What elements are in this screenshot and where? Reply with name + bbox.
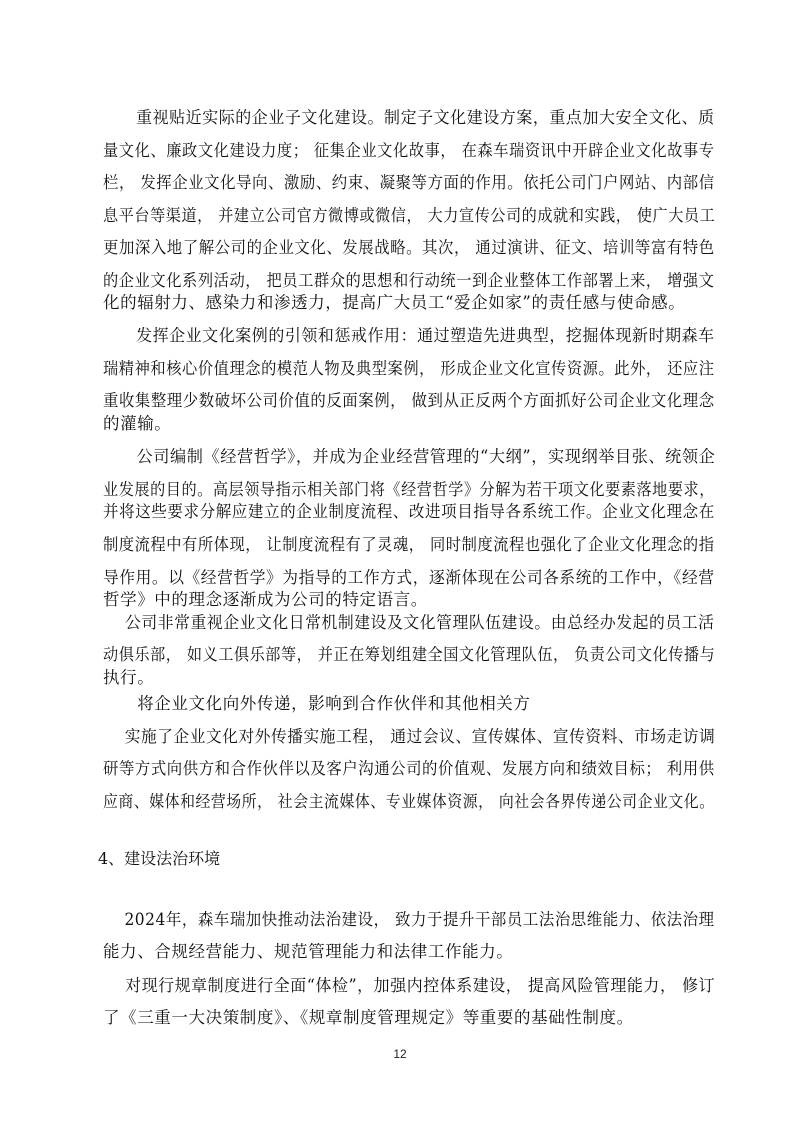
text-line: 的企业文化系列活动， 把员工群众的思想和行动统一到企业整体工作部署上来， 增强文: [103, 271, 715, 291]
text-line: 执行。: [103, 668, 154, 688]
text-line: 对现行规章制度进行全面“体检”，加强内控体系建设， 提高风险管理能力， 修订: [103, 976, 715, 996]
text-line: 公司编制《经营哲学》，并成为企业经营管理的“大纲”，实现纲举目张、统领企: [103, 447, 715, 467]
text-line: 化的辐射力、感染力和渗透力，提高广大员工“爱企如家”的责任感与使命感。: [103, 293, 685, 313]
text-line: 量文化、廉政文化建设力度； 征集企业文化故事， 在森车瑞资讯中开辟企业文化故事专: [103, 141, 715, 161]
text-line: 导作用。以《经营哲学》为指导的工作方式，逐渐体现在公司各系统的工作中，《经营: [103, 568, 715, 588]
text-line: 更加深入地了解公司的企业文化、发展战略。其次， 通过演讲、征文、培训等富有特色: [103, 238, 715, 258]
text-line: 2024年，森车瑞加快推动法治建设， 致力于提升干部员工法治思维能力、依法治理: [103, 910, 715, 930]
text-line: 业发展的目的。高层领导指示相关部门将《经营哲学》分解为若干项文化要素落地要求，: [103, 480, 715, 500]
text-line: 将企业文化向外传递，影响到合作伙伴和其他相关方: [103, 694, 531, 714]
text-line: 能力、合规经营能力、规范管理能力和法律工作能力。: [103, 942, 513, 962]
text-line: 制度流程中有所体现， 让制度流程有了灵魂， 同时制度流程也强化了企业文化理念的指: [103, 535, 715, 555]
text-line: 应商、媒体和经营场所， 社会主流媒体、专业媒体资源， 向社会各界传递公司企业文化…: [103, 792, 715, 812]
text-line: 的灌输。: [103, 414, 171, 434]
text-line: 哲学》中的理念逐渐成为公司的特定语言。: [103, 590, 428, 610]
text-line: 并将这些要求分解应建立的企业制度流程、改进项目指导各系统工作。企业文化理念在: [103, 502, 715, 522]
text-line: 息平台等渠道， 并建立公司官方微博或微信， 大力宣传公司的成就和实践， 使广大员…: [103, 206, 715, 226]
text-line: 公司非常重视企业文化日常机制建设及文化管理队伍建设。由总经办发起的员工活: [103, 613, 715, 633]
text-line: 发挥企业文化案例的引领和惩戒作用：通过塑造先进典型，挖掘体现新时期森车: [103, 326, 715, 346]
text-line: 研等方式向供方和合作伙伴以及客户沟通公司的价值观、发展方向和绩效目标； 利用供: [103, 759, 715, 779]
text-line: 重视贴近实际的企业子文化建设。制定子文化建设方案，重点加大安全文化、质: [103, 108, 715, 128]
text-line: 栏， 发挥企业文化导向、激励、约束、凝聚等方面的作用。依托公司门户网站、内部信: [103, 173, 715, 193]
page-number: 12: [0, 1047, 800, 1061]
text-line: 重收集整理少数破坏公司价值的反面案例， 做到从正反两个方面抓好公司企业文化理念: [103, 391, 715, 411]
text-line: 瑞精神和核心价值理念的模范人物及典型案例， 形成企业文化宣传资源。此外， 还应注: [103, 359, 715, 379]
text-line: 实施了企业文化对外传播实施工程， 通过会议、宣传媒体、宣传资料、市场走访调: [103, 727, 715, 747]
section-heading: 4、建设法治环境: [98, 846, 220, 869]
text-line: 了《三重一大决策制度》、《规章制度管理规定》等重要的基础性制度。: [103, 1008, 634, 1028]
text-line: 动俱乐部， 如义工俱乐部等， 并正在筹划组建全国文化管理队伍， 负责公司文化传播…: [103, 645, 715, 665]
